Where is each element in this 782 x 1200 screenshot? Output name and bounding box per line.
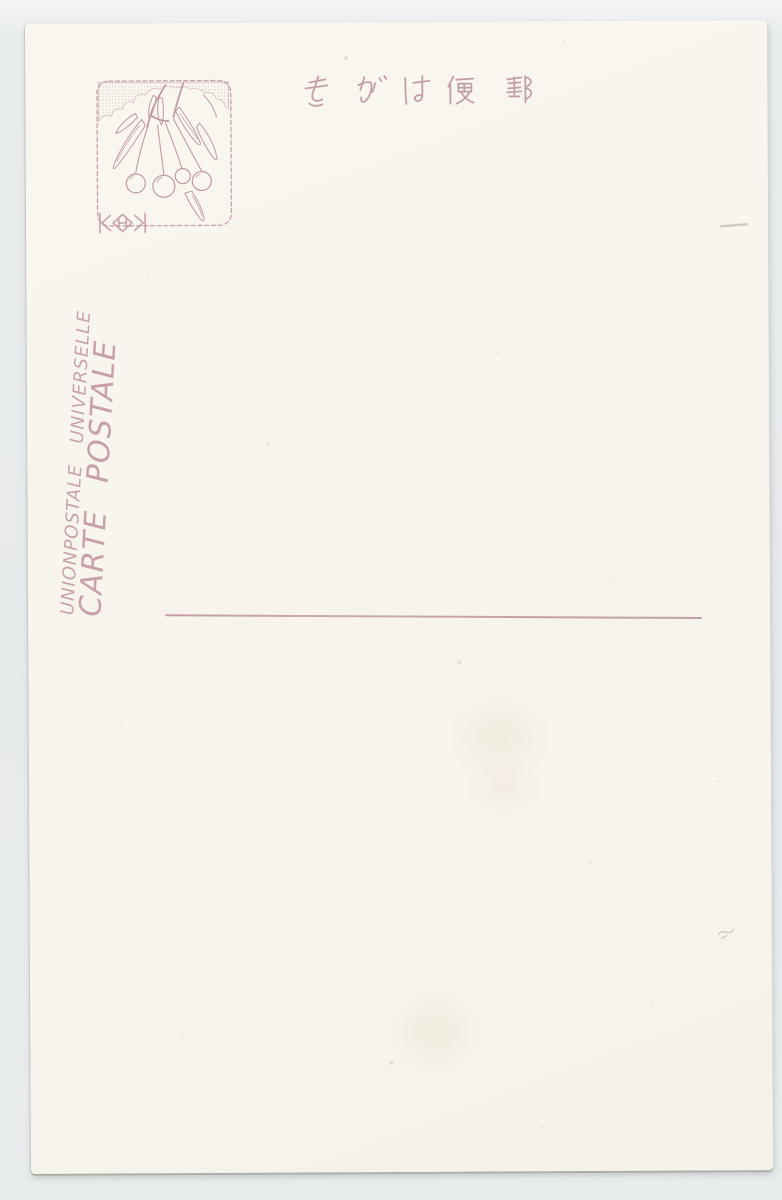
kana-ki	[305, 76, 327, 106]
cherries-icon	[126, 168, 211, 197]
postage-kana-label: き が は 便 郵	[25, 24, 26, 25]
kanji-yu	[507, 76, 531, 102]
cherry-branch-icon	[147, 83, 183, 127]
pencil-squiggle-mark	[717, 924, 737, 942]
paper-stain	[449, 741, 559, 832]
kanji-bin	[448, 77, 473, 104]
kana-ga	[358, 76, 386, 102]
paper-stain	[418, 671, 579, 802]
postage-kana-text	[297, 71, 557, 116]
khk-monogram-icon	[98, 211, 147, 234]
monogram-label: KHK	[25, 24, 26, 25]
address-divider-line	[165, 614, 702, 619]
kana-ha	[405, 76, 429, 104]
leaves-icon	[113, 95, 217, 221]
paper-stain	[370, 971, 501, 1092]
postcard-back: KHK	[25, 20, 773, 1174]
stamp-box	[95, 79, 233, 228]
scanner-bed: { "scan": { "scanner_background": "#e8eb…	[0, 0, 782, 1200]
pencil-mark	[720, 223, 748, 227]
paper-speckles	[25, 24, 27, 26]
